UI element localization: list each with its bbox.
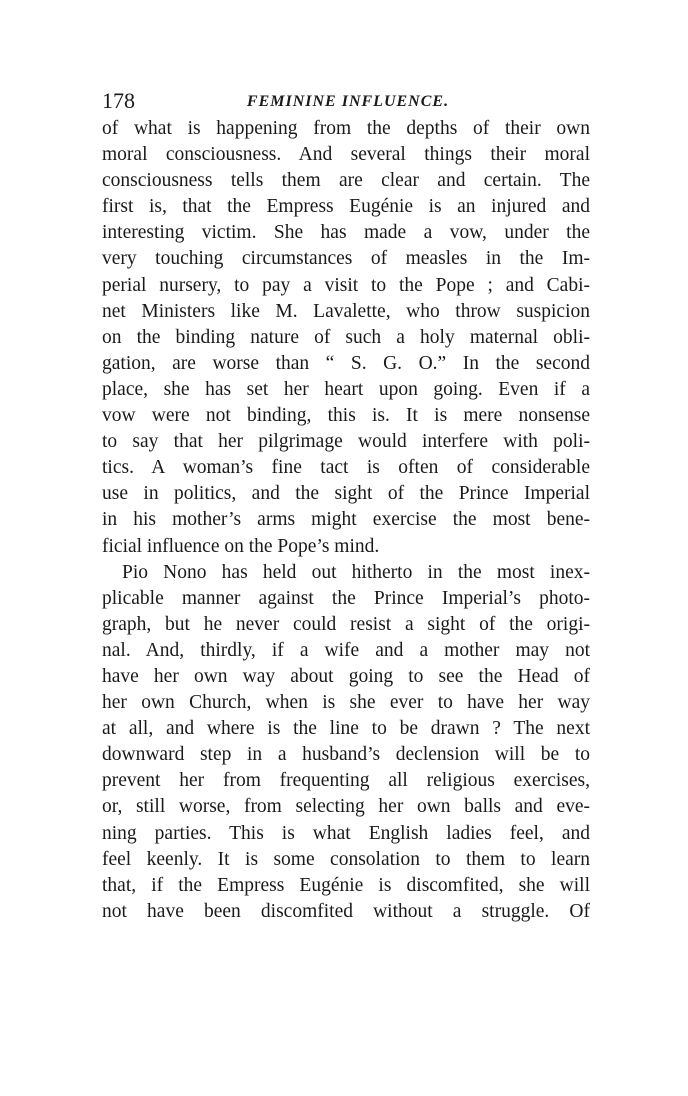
book-page: 178 FEMININE INFLUENCE. of what is happe… bbox=[0, 0, 688, 1096]
text-line: vow were not binding, this is. It is mer… bbox=[102, 403, 590, 429]
text-line: first is, that the Empress Eugénie is an… bbox=[102, 194, 590, 220]
text-line: perial nursery, to pay a visit to the Po… bbox=[102, 273, 590, 299]
running-title: FEMININE INFLUENCE. bbox=[102, 88, 590, 116]
text-line: moral consciousness. And several things … bbox=[102, 142, 590, 168]
text-line: of what is happening from the depths of … bbox=[102, 116, 590, 142]
text-line: use in politics, and the sight of the Pr… bbox=[102, 481, 590, 507]
text-line: that, if the Empress Eugénie is discomfi… bbox=[102, 873, 590, 899]
text-line: to say that her pilgrimage would interfe… bbox=[102, 429, 590, 455]
text-line: have her own way about going to see the … bbox=[102, 664, 590, 690]
text-line: consciousness tells them are clear and c… bbox=[102, 168, 590, 194]
text-line: very touching circumstances of measles i… bbox=[102, 246, 590, 272]
text-line: place, she has set her heart upon going.… bbox=[102, 377, 590, 403]
body-text: of what is happening from the depths of … bbox=[102, 116, 590, 925]
text-line: feel keenly. It is some consolation to t… bbox=[102, 847, 590, 873]
text-line: or, still worse, from selecting her own … bbox=[102, 794, 590, 820]
text-line: plicable manner against the Prince Imper… bbox=[102, 586, 590, 612]
text-line: tics. A woman’s fine tact is often of co… bbox=[102, 455, 590, 481]
text-line: graph, but he never could resist a sight… bbox=[102, 612, 590, 638]
text-line: downward step in a husband’s declension … bbox=[102, 742, 590, 768]
text-line: in his mother’s arms might exercise the … bbox=[102, 507, 590, 533]
text-line: on the binding nature of such a holy mat… bbox=[102, 325, 590, 351]
text-line: not have been discomfited without a stru… bbox=[102, 899, 590, 925]
text-line: prevent her from frequenting all religio… bbox=[102, 768, 590, 794]
text-line: at all, and where is the line to be draw… bbox=[102, 716, 590, 742]
paragraph-start-line: Pio Nono has held out hitherto in the mo… bbox=[102, 560, 590, 586]
running-head: 178 FEMININE INFLUENCE. bbox=[102, 86, 590, 116]
text-line: interesting victim. She has made a vow, … bbox=[102, 220, 590, 246]
text-line: nal. And, thirdly, if a wife and a mothe… bbox=[102, 638, 590, 664]
paragraph-end-line: ficial influence on the Pope’s mind. bbox=[102, 534, 590, 560]
text-line: her own Church, when is she ever to have… bbox=[102, 690, 590, 716]
text-line: ning parties. This is what English ladie… bbox=[102, 821, 590, 847]
text-line: gation, are worse than “ S. G. O.” In th… bbox=[102, 351, 590, 377]
text-line: net Ministers like M. Lavalette, who thr… bbox=[102, 299, 590, 325]
